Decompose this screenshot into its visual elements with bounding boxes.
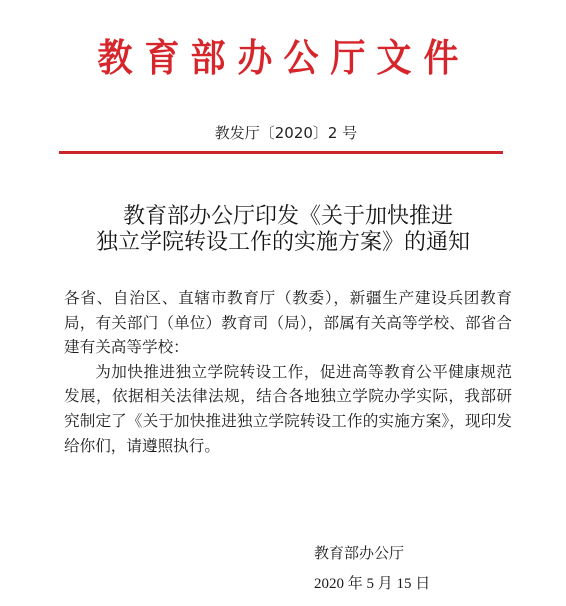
masthead-char: 教 xyxy=(98,34,133,82)
masthead-char: 件 xyxy=(423,34,458,82)
issue-date: 2020 年 5 月 15 日 xyxy=(314,573,430,595)
masthead-char: 厅 xyxy=(330,34,365,82)
masthead-title: 教 育 部 办 公 厅 文 件 xyxy=(96,34,460,82)
document-number: 教发厅〔2020〕2 号 xyxy=(0,122,566,144)
masthead-char: 文 xyxy=(377,34,412,82)
addressees-paragraph: 各省、自治区、直辖市教育厅（教委），新疆生产建设兵团教育局，有关部门（单位）教育… xyxy=(64,286,512,360)
notice-body: 各省、自治区、直辖市教育厅（教委），新疆生产建设兵团教育局，有关部门（单位）教育… xyxy=(64,286,512,458)
masthead-char: 办 xyxy=(237,34,272,82)
notice-title-line-2: 独立学院转设工作的实施方案》的通知 xyxy=(0,230,566,256)
red-divider-rule xyxy=(59,151,503,154)
masthead-char: 育 xyxy=(144,34,179,82)
issuer-signature: 教育部办公厅 xyxy=(314,542,404,564)
notice-title-line-1: 教育部办公厅印发《关于加快推进 xyxy=(0,204,566,230)
notice-title: 教育部办公厅印发《关于加快推进 独立学院转设工作的实施方案》的通知 xyxy=(0,204,566,256)
main-paragraph: 为加快推进独立学院转设工作，促进高等教育公平健康规范发展，依据相关法律法规，结合… xyxy=(64,360,512,458)
document-page: 教 育 部 办 公 厅 文 件 教发厅〔2020〕2 号 教育部办公厅印发《关于… xyxy=(0,0,566,606)
masthead-char: 部 xyxy=(191,34,226,82)
masthead-char: 公 xyxy=(284,34,319,82)
